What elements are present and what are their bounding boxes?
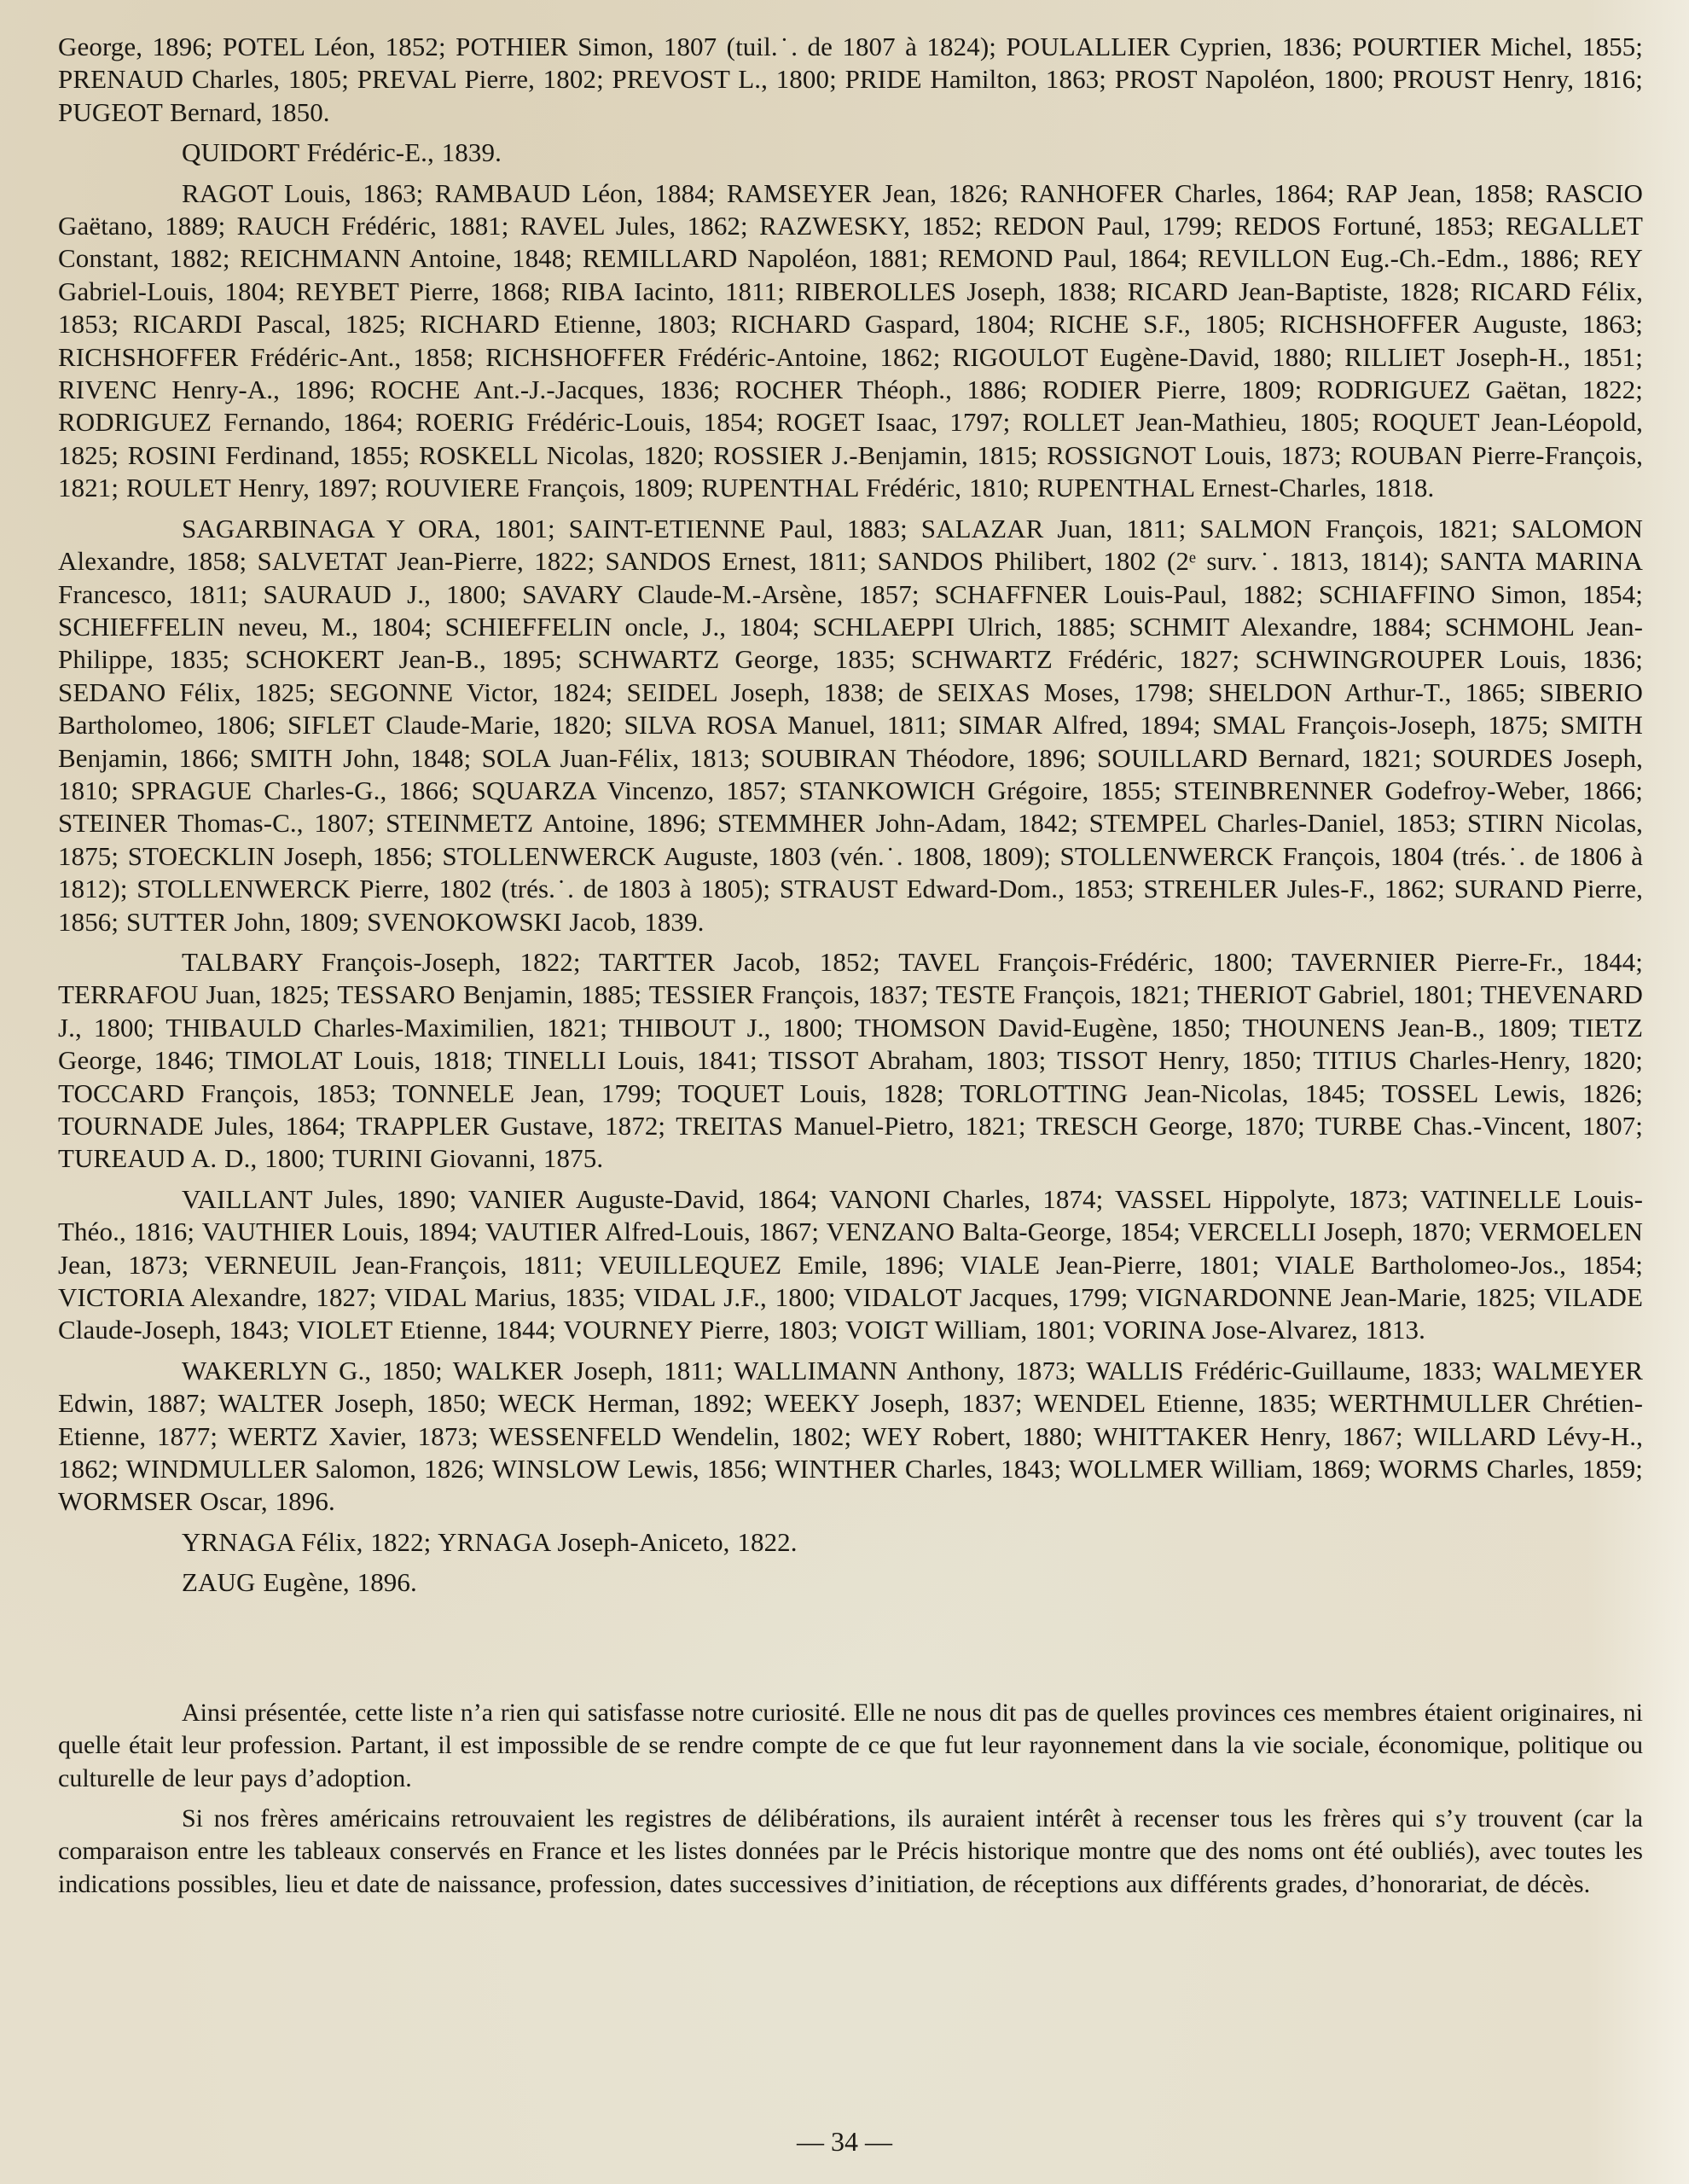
member-list-s: SAGARBINAGA Y ORA, 1801; SAINT-ETIENNE P… bbox=[58, 513, 1643, 938]
member-list-y: YRNAGA Félix, 1822; YRNAGA Joseph-Anicet… bbox=[58, 1526, 1643, 1559]
member-list-r: RAGOT Louis, 1863; RAMBAUD Léon, 1884; R… bbox=[58, 177, 1643, 505]
document-page: George, 1896; POTEL Léon, 1852; POTHIER … bbox=[58, 31, 1643, 1908]
member-list-w: WAKERLYN G., 1850; WALKER Joseph, 1811; … bbox=[58, 1355, 1643, 1519]
member-list-q: QUIDORT Frédéric-E., 1839. bbox=[58, 136, 1643, 169]
commentary-paragraph-1: Ainsi présentée, cette liste n’a rien qu… bbox=[58, 1697, 1643, 1795]
page-number: — 34 — bbox=[0, 2126, 1689, 2158]
section-gap bbox=[58, 1607, 1643, 1697]
member-list-z: ZAUG Eugène, 1896. bbox=[58, 1566, 1643, 1599]
member-list-v: VAILLANT Jules, 1890; VANIER Auguste-Dav… bbox=[58, 1183, 1643, 1347]
member-list-t: TALBARY François-Joseph, 1822; TARTTER J… bbox=[58, 946, 1643, 1176]
member-list-p-continuation: George, 1896; POTEL Léon, 1852; POTHIER … bbox=[58, 31, 1643, 129]
commentary-paragraph-2: Si nos frères américains retrouvaient le… bbox=[58, 1803, 1643, 1901]
